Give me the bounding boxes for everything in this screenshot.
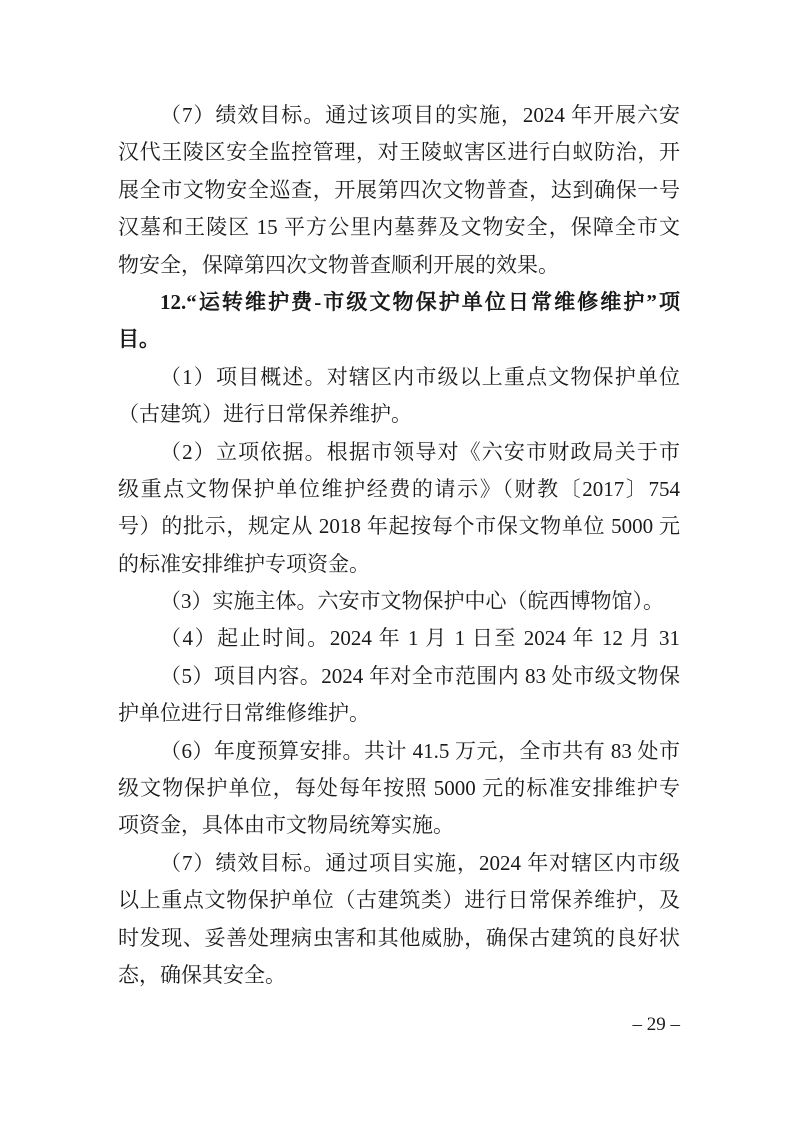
text-line: 态，确保其安全。 xyxy=(118,957,680,994)
para-project-content: （5）项目内容。2024 年对全市范围内 83 处市级文物保护单位进行日常维修维… xyxy=(118,658,680,733)
text-line: （7）绩效目标。通过项目实施，2024 年对辖区内市级 xyxy=(118,845,680,882)
document-body: （7）绩效目标。通过该项目的实施，2024 年开展六安汉代王陵区安全监控管理，对… xyxy=(118,97,680,994)
document-page: （7）绩效目标。通过该项目的实施，2024 年开展六安汉代王陵区安全监控管理，对… xyxy=(0,0,793,1122)
text-line: （3）实施主体。六安市文物保护中心（皖西博物馆）。 xyxy=(118,583,680,620)
text-line: 汉墓和王陵区 15 平方公里内墓葬及文物安全，保障全市文 xyxy=(118,209,680,246)
para-project-basis: （2）立项依据。根据市领导对《六安市财政局关于市级重点文物保护单位维护经费的请示… xyxy=(118,434,680,584)
para-time-range: （4）起止时间。2024 年 1 月 1 日至 2024 年 12 月 31 日… xyxy=(118,620,680,657)
text-line: 汉代王陵区安全监控管理，对王陵蚁害区进行白蚁防治，开 xyxy=(118,134,680,171)
para-annual-budget: （6）年度预算安排。共计 41.5 万元，全市共有 83 处市级文物保护单位，每… xyxy=(118,733,680,845)
text-line: 以上重点文物保护单位（古建筑类）进行日常保养维护，及 xyxy=(118,882,680,919)
text-line: （6）年度预算安排。共计 41.5 万元，全市共有 83 处市 xyxy=(118,733,680,770)
page-number: – 29 – xyxy=(118,1012,680,1038)
text-line: （1）项目概述。对辖区内市级以上重点文物保护单位 xyxy=(118,359,680,396)
text-line: 护单位进行日常维修维护。 xyxy=(118,695,680,732)
text-line: （4）起止时间。2024 年 1 月 1 日至 2024 年 12 月 31 日… xyxy=(118,620,680,657)
para-project-overview: （1）项目概述。对辖区内市级以上重点文物保护单位（古建筑）进行日常保养维护。 xyxy=(118,359,680,434)
heading-project-12: 12.“运转维护费-市级文物保护单位日常维修维护”项目。 xyxy=(118,284,680,359)
text-line: 的标准安排维护专项资金。 xyxy=(118,546,680,583)
para-performance-goal-project-11: （7）绩效目标。通过该项目的实施，2024 年开展六安汉代王陵区安全监控管理，对… xyxy=(118,97,680,284)
para-performance-goal-project-12: （7）绩效目标。通过项目实施，2024 年对辖区内市级以上重点文物保护单位（古建… xyxy=(118,845,680,995)
text-line: 号）的批示，规定从 2018 年起按每个市保文物单位 5000 元 xyxy=(118,508,680,545)
text-line: 时发现、妥善处理病虫害和其他威胁，确保古建筑的良好状 xyxy=(118,920,680,957)
text-line: （古建筑）进行日常保养维护。 xyxy=(118,396,680,433)
text-line: （2）立项依据。根据市领导对《六安市财政局关于市 xyxy=(118,434,680,471)
text-line: 级重点文物保护单位维护经费的请示》（财教〔2017〕754 xyxy=(118,471,680,508)
text-line: 展全市文物安全巡查，开展第四次文物普查，达到确保一号 xyxy=(118,172,680,209)
text-line: 目。 xyxy=(118,321,680,358)
text-line: 物安全，保障第四次文物普查顺利开展的效果。 xyxy=(118,247,680,284)
para-implementing-body: （3）实施主体。六安市文物保护中心（皖西博物馆）。 xyxy=(118,583,680,620)
text-line: 级文物保护单位，每处每年按照 5000 元的标准安排维护专 xyxy=(118,770,680,807)
text-line: 12.“运转维护费-市级文物保护单位日常维修维护”项 xyxy=(118,284,680,321)
text-line: 项资金，具体由市文物局统筹实施。 xyxy=(118,807,680,844)
text-line: （5）项目内容。2024 年对全市范围内 83 处市级文物保 xyxy=(118,658,680,695)
text-line: （7）绩效目标。通过该项目的实施，2024 年开展六安 xyxy=(118,97,680,134)
